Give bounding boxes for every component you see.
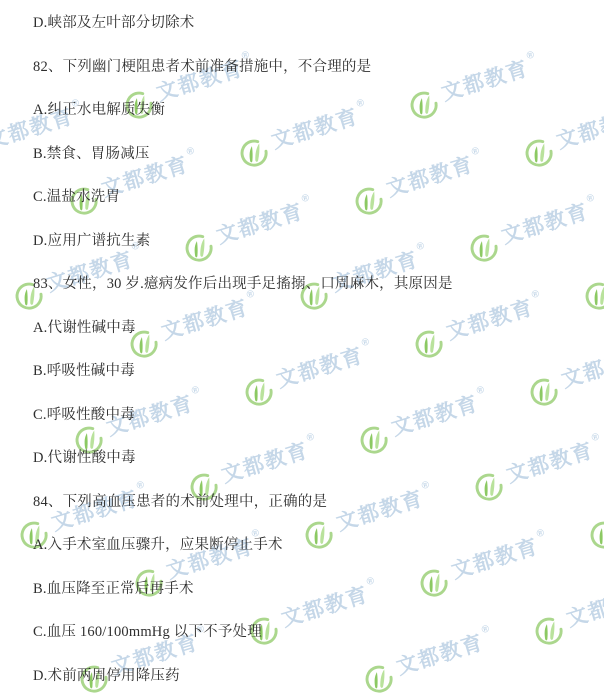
- document-text-line: B.血压降至正常后再手术: [33, 580, 194, 599]
- document-text-line: C.温盐水洗胃: [33, 188, 120, 207]
- document-text-line: 82、下列幽门梗阻患者术前准备措施中，不合理的是: [33, 58, 371, 77]
- document-text-line: 83、女性，30 岁.癔病发作后出现手足搐搦、口周麻木，其原因是: [33, 275, 453, 294]
- document-text-line: A.纠正水电解质失衡: [33, 101, 165, 120]
- document-text-line: D.峡部及左叶部分切除术: [33, 14, 195, 33]
- document-text-line: C.呼吸性酸中毒: [33, 406, 135, 425]
- document-text-line: B.呼吸性碱中毒: [33, 362, 135, 381]
- exam-document-page: 文都教育 ® 文都教育 ® 文都教育 ®: [0, 0, 604, 699]
- document-text-line: D.术前两周停用降压药: [33, 667, 180, 686]
- document-text-line: C.血压 160/100mmHg 以下不予处理: [33, 623, 262, 642]
- question-text-layer: D.峡部及左叶部分切除术82、下列幽门梗阻患者术前准备措施中，不合理的是A.纠正…: [0, 0, 604, 699]
- document-text-line: A.入手术室血压骤升，应果断停止手术: [33, 536, 283, 555]
- document-text-line: 84、下列高血压患者的术前处理中，正确的是: [33, 493, 327, 512]
- document-text-line: A.代谢性碱中毒: [33, 319, 136, 338]
- document-text-line: D.代谢性酸中毒: [33, 449, 136, 468]
- document-text-line: B.禁食、胃肠减压: [33, 145, 150, 164]
- document-text-line: D.应用广谱抗生素: [33, 232, 150, 251]
